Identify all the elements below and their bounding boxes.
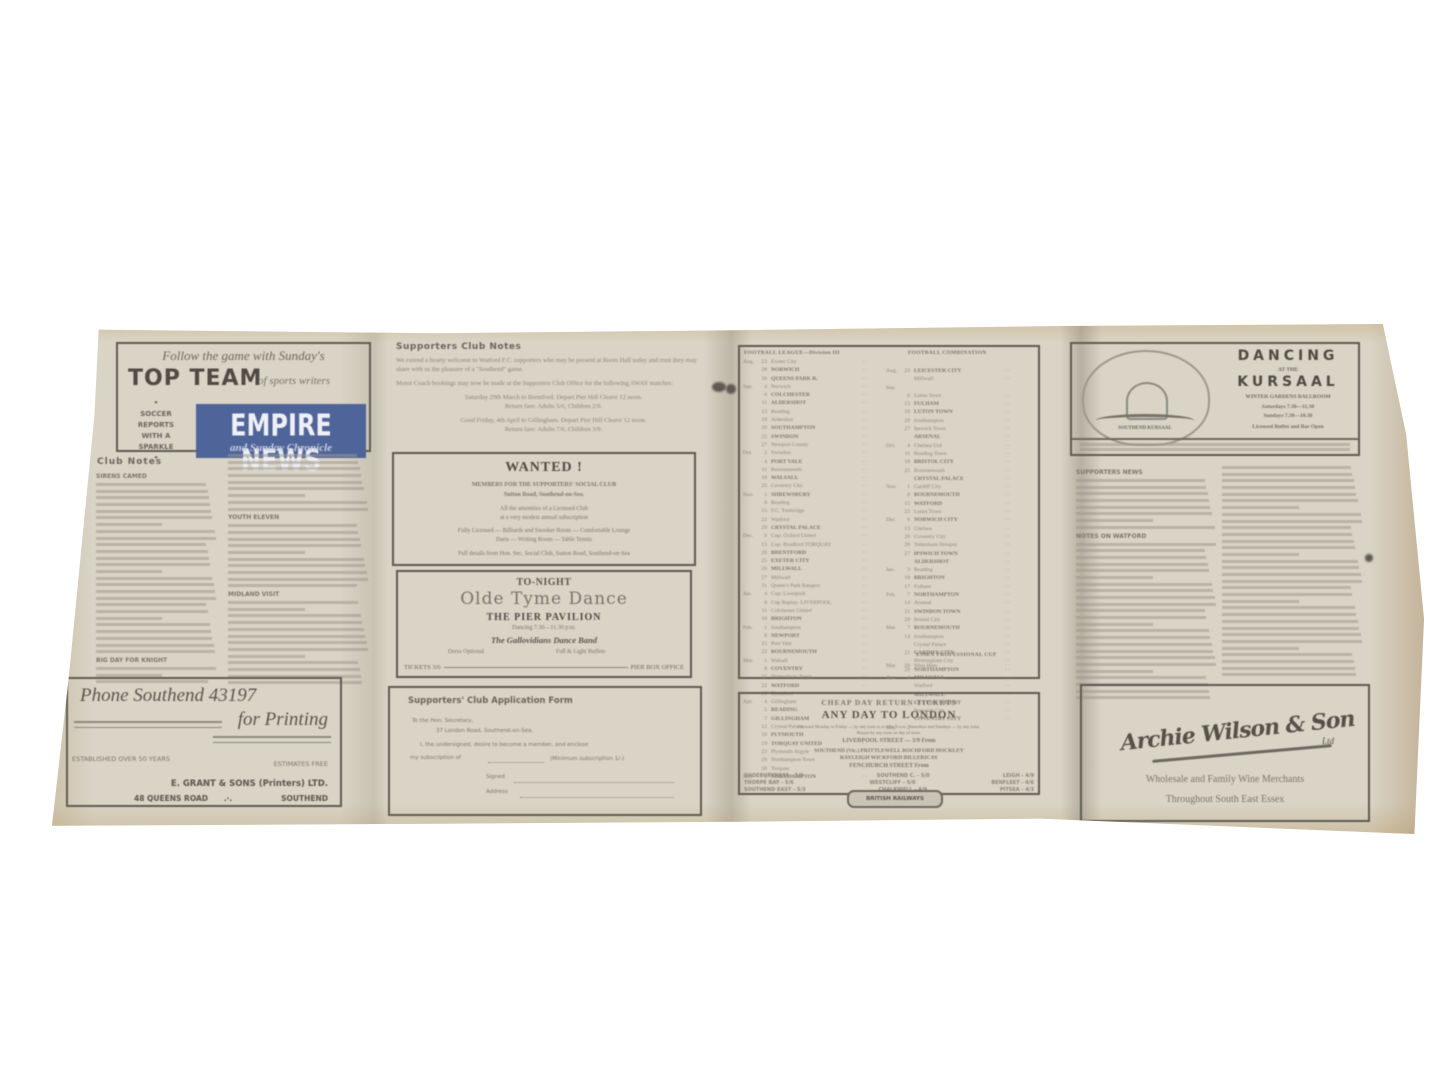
empire-sports-writers: of sports writers [258,375,330,387]
club-notes-column-right: YOUTH ELEVENMIDLAND VISIT [228,454,368,688]
fixture-row: Nov.1Cardiff City· · [886,483,1010,491]
empire-news-advert: Follow the game with Sunday's TOP TEAM o… [116,342,371,452]
staple-hole [712,382,726,392]
text-line [1222,647,1299,650]
fixture-row: 22WATFORD· · [743,682,867,690]
text-line [228,501,367,504]
fixture-row: 13Reading· · [743,408,867,416]
fixture-row: 27IPSWICH TOWN· · [886,550,1010,558]
text-line [1222,673,1356,676]
section-subheading: BIG DAY FOR KNIGHT [96,657,216,664]
empire-side-text: • SOCCER REPORTS WITH A SPARKLE • [126,398,186,464]
dance-venue: THE PIER PAVILION [398,612,690,623]
text-line [1076,519,1153,522]
olde-tyme-dance-advert: TO-NIGHT Olde Tyme Dance THE PIER PAVILI… [396,570,692,678]
fixture-row: 6Luton Town· · [886,392,1010,400]
printing-advert: Phone Southend 43197 for Printing ESTABL… [66,677,342,807]
fixture-row: 28Bristol City· · [886,616,1010,624]
wanted-advert: WANTED ! MEMBERS FOR THE SUPPORTERS' SOC… [392,452,696,566]
text-line [228,524,357,527]
text-line [1222,479,1354,482]
text-line [228,474,361,477]
text-line [96,610,208,613]
text-line [228,508,368,511]
text-line [1222,667,1355,670]
text-line [228,668,360,671]
fixture-row: 8NEWPORT· · [743,632,867,640]
text-line [96,644,214,647]
fixture-row: ALDERSHOT· · [886,558,1010,566]
text-line [1222,526,1351,529]
text-line [1076,603,1216,606]
text-line [228,661,358,664]
text-line [1076,643,1212,646]
text-line [96,543,206,546]
programme-sheet: Follow the game with Sunday's TOP TEAM o… [52,322,1424,834]
fixture-row: 22BOURNEMOUTH· · [743,648,867,656]
empire-follow-text: Follow the game with Sunday's [118,348,369,364]
fixture-row: 25EXETER CITY· · [743,557,867,565]
text-line [1222,546,1355,549]
text-line [228,531,358,534]
fixture-row: 18BRIGHTON· · [743,615,867,623]
fixture-row: 25SWINDON· · [743,433,867,441]
fixture-row: 22Watford· · [743,516,867,524]
right-notes-column-right [1222,466,1362,680]
text-line [96,550,208,553]
fixture-row: 13Cup: Bradford TORQUAY· · [743,541,867,549]
fixture-row: Sep.4Norwich· · [743,383,867,391]
text-line [1076,663,1216,666]
text-line [96,570,162,573]
fixture-row: Apr.4MILLWALL· · [886,674,1010,682]
text-line [1076,616,1206,619]
printing-firm-name: E. GRANT & SONS (Printers) LTD. [171,779,328,789]
combination-fixtures: Aug.23LEICESTER CITY· ·Millwall· ·Sep.6L… [886,367,1010,732]
fixture-row: 31Queen's Park Rangers· · [743,582,867,590]
text-line [1222,620,1358,623]
text-line [1222,566,1359,569]
text-line [96,637,212,640]
printing-address: 48 QUEENS ROAD .·. [134,794,232,803]
fixture-row: 13Chelsea· · [886,525,1010,533]
text-line [228,578,368,581]
subscription-field[interactable] [488,762,544,763]
fixture-row: Oct.4Chelsea Utd.· · [886,442,1010,450]
fixture-row: 11Bournemouth· · [743,466,867,474]
text-line [1222,627,1359,630]
text-line [96,516,212,519]
text-line [96,583,214,586]
text-line [96,490,208,493]
fixture-row: Millwall· · [886,375,1010,383]
fare-row: SHOEBURYNESS - 5/6SOUTHEND C. - 5/0LEIGH… [744,773,1034,780]
text-line [1076,656,1215,659]
text-line [96,523,162,526]
text-line [96,537,216,540]
fixture-row: 18WALSALL· · [743,474,867,482]
text-line [1076,506,1210,509]
fixture-row: 17Fulham· · [886,583,1010,591]
text-line [228,571,367,574]
text-line [1222,499,1358,502]
text-line [1222,613,1356,616]
fixture-row: Nov.1SHREWSBURY· · [743,491,867,499]
panel-fixtures: FOOTBALL LEAGUE—Division III FOOTBALL CO… [732,322,1062,834]
text-line [96,617,162,620]
text-line [96,630,211,633]
fixture-row: Crystal Palace· · [886,641,1010,649]
fixture-row: 25Coventry City· · [743,482,867,490]
fixture-row: 6COLCHESTER· · [743,391,867,399]
text-line [1222,520,1362,523]
fixture-row: 27Ipswich Town· · [886,425,1010,433]
panel-supporters: Supporters Club Notes We extend a hearty… [382,322,730,834]
fare-row: THORPE BAY - 5/6WESTCLIFF - 5/0BENFLEET … [744,780,1034,787]
fixture-row: 10BRIGHTON· · [886,574,1010,582]
fixture-row: 28NORWICH· · [743,366,867,374]
text-line [1222,653,1352,656]
section-subheading: YOUTH ELEVEN [228,514,368,521]
text-line [1222,473,1352,476]
text-line [1076,623,1153,626]
text-line [1222,586,1351,589]
text-line [1222,486,1355,489]
fixture-row: CRYSTAL PALACE· · [886,475,1010,483]
section-subheading: SIRENS CAMED [96,473,216,480]
text-line [228,467,360,470]
text-line [228,628,364,631]
text-line [228,551,305,554]
text-line [1222,640,1362,643]
fixture-row: 26Tottenham Hotspur· · [886,541,1010,549]
fixture-row: Feb.1Southampton· · [743,624,867,632]
empire-masthead-block: EMPIRE NEWS and Sunday Chronicle [196,404,366,458]
text-line [1222,513,1361,516]
text-line [1076,609,1205,612]
fixture-row: Dec.6Cup: Oxford United· · [743,532,867,540]
text-line [96,530,215,533]
fixture-row: 15WATFORD· · [886,500,1010,508]
text-line [1076,629,1209,632]
fixture-row: 18BRISTOL CITY· · [886,458,1010,466]
british-railways-logo: BRITISH RAILWAYS [847,790,943,808]
fixture-row: 13FULHAM· · [886,400,1010,408]
fixture-row: 4PORT VALE· · [743,458,867,466]
text-line [1076,512,1212,515]
fixture-row: 25Bournemouth· · [886,467,1010,475]
text-line [228,558,364,561]
fixture-row: Mar.1Walsall· · [743,657,867,665]
text-line [96,510,211,513]
text-line [228,481,362,484]
cup-heading: ESSEX PROFESSIONAL CUP [916,652,997,658]
fixture-row: Sep. [886,384,1010,392]
text-line [1222,466,1351,469]
application-form-heading: Supporters' Club Application Form [408,696,573,706]
staple-hole [726,384,736,394]
fixture-row: Jan.4Cup: Liverpool· · [743,590,867,598]
text-line [96,650,215,653]
panel-kursaal: SOUTHEND KURSAAL DANCING AT THE KURSAAL … [1062,322,1424,834]
club-notes-heading: Club Notes [97,457,162,467]
section-subheading: NOTES ON WATFORD [1076,533,1216,540]
fixture-row: Jan.3Reading· · [886,566,1010,574]
text-line [1222,533,1352,536]
text-line [1076,583,1212,586]
fixture-row: Aug.23Exeter City· · [743,358,867,366]
fixture-row: 15F.C. Tonbridge· · [743,507,867,515]
wanted-heading: WANTED ! [394,460,694,476]
text-line [96,563,210,566]
text-line [1076,526,1215,529]
right-notes-column-left: SUPPORTERS NEWSNOTES ON WATFORD [1076,466,1216,703]
text-line [1076,650,1213,653]
fixture-list: FOOTBALL LEAGUE—Division III FOOTBALL CO… [738,345,1040,679]
league-heading: FOOTBALL LEAGUE—Division III [744,350,840,356]
text-line [1076,636,1210,639]
text-line [228,601,358,604]
text-line [1076,670,1153,673]
fixture-row: 27Newport County· · [743,441,867,449]
kursaal-emblem-icon: SOUTHEND KURSAAL [1082,350,1210,446]
text-line [228,487,364,490]
text-line [1222,540,1354,543]
text-line [1076,576,1153,579]
fixture-row: 11Reading Town· · [886,450,1010,458]
text-line [96,590,215,593]
text-line [96,597,216,600]
text-line [1222,600,1299,603]
empire-subhead: and Sunday Chronicle [196,442,366,454]
text-line [228,621,362,624]
combination-heading: FOOTBALL COMBINATION [908,350,986,356]
text-line [1222,506,1299,509]
text-line [228,461,358,464]
text-line [228,648,368,651]
text-line [96,667,216,670]
text-line [1076,676,1206,679]
text-line [1076,563,1208,566]
fixture-row: Oct.2Swindon· · [743,449,867,457]
text-line [1222,560,1358,563]
club-notes-column-left: SIRENS CAMEDBIG DAY FOR KNIGHT [96,470,216,687]
fixture-row: 18LUTON TOWN· · [886,408,1010,416]
fixture-row: 14Southampton· · [886,633,1010,641]
fixture-row: 14Arsenal· · [886,599,1010,607]
fixture-row: 11ALDERSHOT· · [743,399,867,407]
fixture-row: Mar.26West Ham· · [886,662,1010,670]
kursaal-title: KURSAAL [1222,374,1354,390]
fixture-row: 22Luton Town· · [886,508,1010,516]
dance-title: Olde Tyme Dance [398,589,690,609]
text-line [96,603,206,606]
text-line [96,496,209,499]
printing-phone: Phone Southend 43197 [80,685,256,707]
fixture-row: 8Reading· · [743,499,867,507]
fixture-row: 27Millwall· · [743,574,867,582]
printing-town: SOUTHEND [281,794,328,803]
text-line [96,577,212,580]
text-line [1222,660,1354,663]
text-line [1222,606,1355,609]
archie-wilson-advert: Archie Wilson & Son Ltd Wholesale and Fa… [1080,684,1370,822]
text-line [1076,556,1206,559]
decorative-rule [74,721,222,728]
fixture-row: 8COVENTRY· · [743,665,867,673]
fixture-row: 20Southampton· · [886,417,1010,425]
fixture-row: 29CRYSTAL PALACE· · [743,524,867,532]
fixture-row: 15Port Vale· · [743,640,867,648]
dance-band: The Gallovidians Dance Band [398,635,690,645]
text-line [96,503,210,506]
printing-estimates: ESTIMATES FREE [274,760,328,768]
text-line [1222,633,1361,636]
fixture-row: ARSENAL· · [886,433,1010,441]
staple-hole [1365,554,1373,562]
text-line [228,544,361,547]
fixture-row: Aug.23LEICESTER CITY· · [886,367,1010,375]
text-line [96,557,209,560]
empire-top-team: TOP TEAM [128,366,262,391]
kursaal-dancing-advert: SOUTHEND KURSAAL DANCING AT THE KURSAAL … [1070,342,1360,456]
text-line [1222,580,1362,583]
supporters-notes-body: We extend a hearty welcome to Watford F.… [396,356,711,439]
fixture-row: 18Aldershot· · [743,416,867,424]
kursaal-footer [1072,438,1358,454]
fixture-row: 8BOURNEMOUTH· · [886,491,1010,499]
text-line [1076,569,1209,572]
kursaal-dancing: DANCING [1222,348,1354,364]
cheap-day-rail-advert: CHEAP DAY RETURN TICKETS ANY DAY TO LOND… [738,692,1040,795]
signed-field[interactable] [514,782,674,783]
text-line [1076,479,1205,482]
fixture-row: Mar.7BOURNEMOUTH· · [886,624,1010,632]
text-line [1076,492,1208,495]
fixture-row: 20Coventry City· · [886,533,1010,541]
text-line [228,454,357,457]
fixture-row: 21SWINDON TOWN· · [886,608,1010,616]
fixture-row: 15Shrewsbury Town· · [743,673,867,681]
supporters-notes-heading: Supporters Club Notes [396,342,521,352]
text-line [96,483,206,486]
fixture-row: 20BRENTFORD· · [743,549,867,557]
text-line [1076,543,1216,546]
fixture-row: Watford· · [886,682,1010,690]
decorative-rule [213,736,331,743]
dance-tickets: TICKETS 3/6PIER BOX OFFICE [404,664,684,671]
fixture-row: 26MILLWALL· · [743,565,867,573]
text-line [1222,593,1352,596]
text-line [1076,549,1205,552]
text-line [228,584,357,587]
section-subheading: SUPPORTERS NEWS [1076,469,1216,476]
text-line [228,564,365,567]
fixture-row: 20SOUTHAMPTON· · [743,424,867,432]
text-line [1222,573,1361,576]
fixture-row: Feb.7NORTHAMPTON· · [886,591,1010,599]
text-line [96,623,210,626]
text-line [228,538,360,541]
cup-fixtures: Mar.26West Ham· · [886,662,1010,670]
fixture-row: 11Colchester United· · [743,607,867,615]
text-line [228,614,361,617]
fixture-row: Dec.6NORWICH CITY· · [886,516,1010,524]
text-line [228,655,305,658]
printing-established: ESTABLISHED OVER 50 YEARS [72,755,170,763]
text-line [228,494,305,497]
fixture-row: 30QUEENS PARK R.· · [743,375,867,383]
panel-club-notes: Follow the game with Sunday's TOP TEAM o… [52,322,382,834]
fixture-row: 8Cup Replay: LIVERPOOL· · [743,599,867,607]
text-line [1076,486,1206,489]
application-form: Supporters' Club Application Form To the… [388,686,702,816]
printing-for-printing: for Printing [238,709,328,731]
text-line [1076,596,1215,599]
section-subheading: MIDLAND VISIT [228,591,368,598]
text-line [228,635,365,638]
text-line [1222,493,1356,496]
text-line [228,641,367,644]
address-field[interactable] [520,797,674,798]
text-line [1222,553,1299,556]
archie-wilson-name: Archie Wilson & Son [1119,706,1355,756]
text-line [1076,589,1213,592]
text-line [1076,499,1209,502]
text-line [228,608,305,611]
